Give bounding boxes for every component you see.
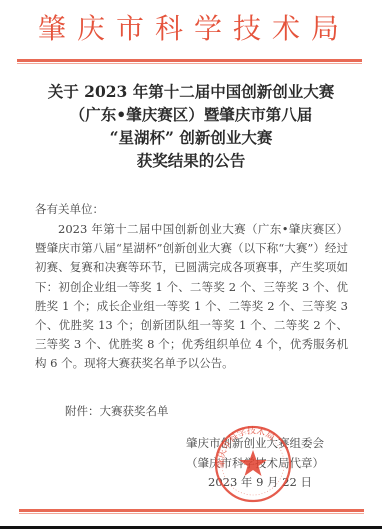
title-line-4: 获奖结果的公告 [0,149,382,172]
body-text: 2023 年第十二届中国创新创业大赛（广东•肇庆赛区）暨肇庆市第八届“星湖杯”创… [35,220,348,374]
attachment-link[interactable]: 附件：大赛获奖名单 [65,403,169,419]
letterhead-divider-thin [17,63,362,64]
footer-divider [19,509,364,512]
letterhead-divider [17,59,362,62]
salutation: 各有关单位： [35,201,104,217]
title-line-3: “星湖杯” 创新创业大赛 [0,126,382,149]
title-line-2: （广东•肇庆赛区）暨肇庆市第八届 [0,103,382,126]
document-title: 关于 2023 年第十二届中国创新创业大赛 （广东•肇庆赛区）暨肇庆市第八届 “… [0,80,382,172]
title-line-1: 关于 2023 年第十二届中国创新创业大赛 [0,80,382,103]
official-seal-icon: 肇庆市科学技术局 [213,424,293,504]
org-letterhead: 肇庆市科学技术局 [0,12,382,46]
body-paragraph: 2023 年第十二届中国创新创业大赛（广东•肇庆赛区）暨肇庆市第八届“星湖杯”创… [35,220,348,374]
footer-divider-thin [19,513,364,514]
